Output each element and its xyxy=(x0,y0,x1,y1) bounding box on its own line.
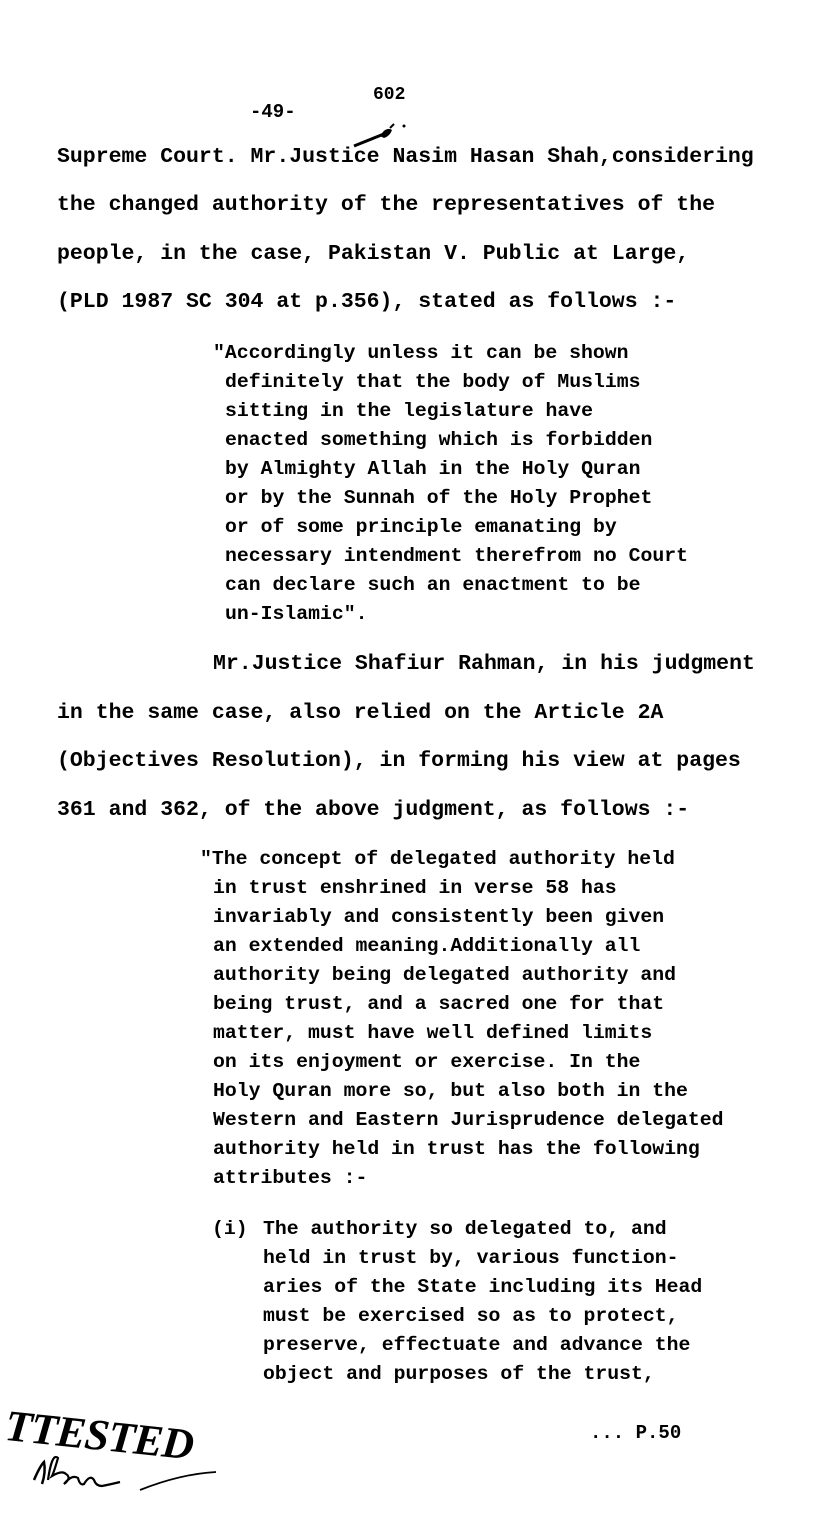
text-line: authority being delegated authority and xyxy=(213,966,676,986)
signature-icon xyxy=(30,1450,220,1500)
text-line: definitely that the body of Muslims xyxy=(225,373,640,393)
text-line: can declare such an enactment to be xyxy=(225,576,640,596)
text-line: matter, must have well defined limits xyxy=(213,1024,652,1044)
stamp-number: 602 xyxy=(373,85,405,105)
list-marker: (i) xyxy=(212,1220,248,1240)
text-line: the changed authority of the representat… xyxy=(57,195,715,217)
text-line: invariably and consistently been given xyxy=(213,908,664,928)
text-line: aries of the State including its Head xyxy=(263,1278,702,1298)
text-line: preserve, effectuate and advance the xyxy=(263,1336,690,1356)
text-line: The authority so delegated to, and xyxy=(263,1220,667,1240)
text-line: object and purposes of the trust, xyxy=(263,1365,655,1385)
text-line: (Objectives Resolution), in forming his … xyxy=(57,751,741,773)
text-line: in the same case, also relied on the Art… xyxy=(57,703,663,725)
text-line: being trust, and a sacred one for that xyxy=(213,995,664,1015)
text-line: held in trust by, various function- xyxy=(263,1249,678,1269)
text-line: Mr.Justice Shafiur Rahman, in his judgme… xyxy=(213,654,755,676)
text-line: or of some principle emanating by xyxy=(225,518,617,538)
document-page: 602 -49- Supreme Court. Mr.Justice Nasim… xyxy=(0,0,840,1540)
text-line: "The concept of delegated authority held xyxy=(200,850,675,870)
text-line: Western and Eastern Jurisprudence delega… xyxy=(213,1111,723,1131)
text-line: authority held in trust has the followin… xyxy=(213,1140,700,1160)
text-line: must be exercised so as to protect, xyxy=(263,1307,678,1327)
text-line: enacted something which is forbidden xyxy=(225,431,652,451)
text-line: an extended meaning.Additionally all xyxy=(213,937,640,957)
text-line: or by the Sunnah of the Holy Prophet xyxy=(225,489,652,509)
text-line: 361 and 362, of the above judgment, as f… xyxy=(57,800,689,822)
text-line: Holy Quran more so, but also both in the xyxy=(213,1082,688,1102)
text-line: "Accordingly unless it can be shown xyxy=(213,344,628,364)
text-line: attributes :- xyxy=(213,1169,367,1189)
text-line: necessary intendment therefrom no Court xyxy=(225,547,688,567)
text-line: in trust enshrined in verse 58 has xyxy=(213,879,617,899)
text-line: (PLD 1987 SC 304 at p.356), stated as fo… xyxy=(57,292,676,314)
page-number: -49- xyxy=(250,101,296,123)
continuation-marker: ... P.50 xyxy=(590,1422,681,1444)
text-line: sitting in the legislature have xyxy=(225,402,593,422)
text-line: people, in the case, Pakistan V. Public … xyxy=(57,244,689,266)
text-line: Supreme Court. Mr.Justice Nasim Hasan Sh… xyxy=(57,147,754,169)
text-line: on its enjoyment or exercise. In the xyxy=(213,1053,640,1073)
text-line: by Almighty Allah in the Holy Quran xyxy=(225,460,640,480)
text-line: un-Islamic". xyxy=(225,605,367,625)
